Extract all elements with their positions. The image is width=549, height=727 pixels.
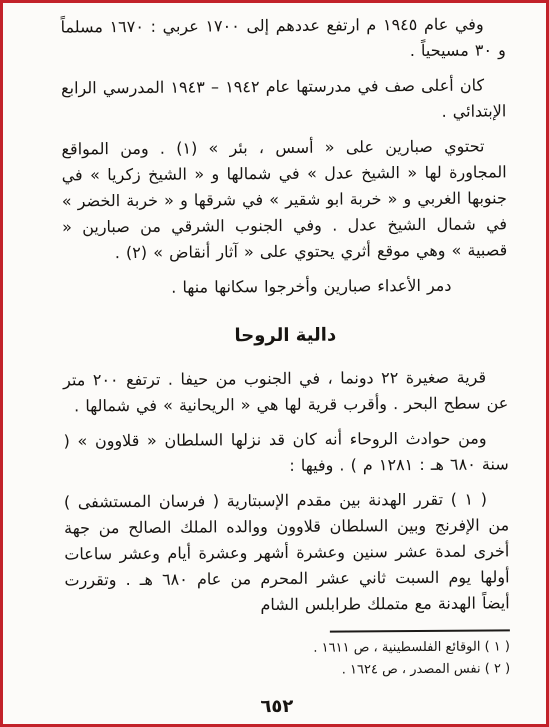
paragraph-population-1945: وفي عام ١٩٤٥ م ارتفع عددهم إلى ١٧٠٠ عربي… bbox=[61, 11, 506, 66]
footnote-2: ( ٢ ) نفس المصدر ، ص ١٦٢٤ . bbox=[65, 658, 510, 682]
scanned-page-frame: وفي عام ١٩٤٥ م ارتفع عددهم إلى ١٧٠٠ عربي… bbox=[0, 0, 549, 727]
main-text-column: وفي عام ١٩٤٥ م ارتفع عددهم إلى ١٧٠٠ عربي… bbox=[0, 1, 547, 617]
page-number: ٦٥٢ bbox=[5, 694, 548, 719]
paragraph-school-grade: كان أعلى صف في مدرستها عام ١٩٤٢ – ١٩٤٣ ا… bbox=[61, 72, 506, 127]
section-heading-dalyat-al-rawha: دالية الروحا bbox=[63, 322, 508, 349]
paragraph-sites-and-ruins: تحتوي صبارين على « أسس ، بئر » (١) . ومن… bbox=[61, 133, 507, 266]
book-page: وفي عام ١٩٤٥ م ارتفع عددهم إلى ١٧٠٠ عربي… bbox=[3, 3, 546, 724]
paragraph-sultan-qalawun: ومن حوادث الروحاء أنه كان قد نزلها السلط… bbox=[63, 425, 508, 480]
footnote-1: ( ١ ) الوقائع الفلسطينية ، ص ١٦١١ . bbox=[65, 636, 510, 660]
scan-content: وفي عام ١٩٤٥ م ارتفع عددهم إلى ١٧٠٠ عربي… bbox=[0, 1, 548, 726]
paragraph-village-description: قرية صغيرة ٢٢ دونما ، في الجنوب من حيفا … bbox=[63, 364, 508, 419]
footnote-block: ( ١ ) الوقائع الفلسطينية ، ص ١٦١١ . ( ٢ … bbox=[65, 629, 510, 683]
paragraph-truce-details: ( ١ ) تقرر الهدنة بين مقدم الإسبتارية ( … bbox=[64, 486, 510, 617]
paragraph-village-destroyed: دمر الأعداء صبارين وأخرجوا سكانها منها . bbox=[62, 272, 507, 301]
footnote-divider-rule bbox=[330, 629, 510, 632]
